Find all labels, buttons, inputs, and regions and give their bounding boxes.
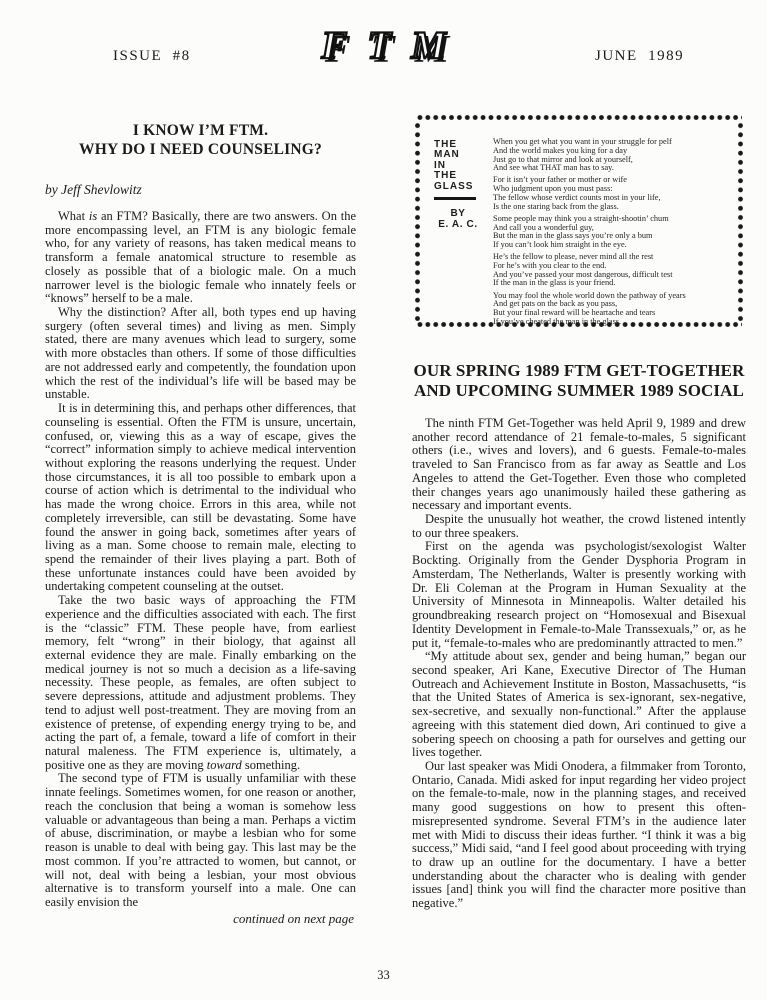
left-article-body: What is an FTM? Basically, there are two…	[45, 210, 356, 910]
dotted-border-top	[416, 114, 742, 121]
right-article-title-line2: AND UPCOMING SUMMER 1989 SOCIAL	[412, 381, 746, 401]
poem-stanza: When you get what you want in your strug…	[493, 138, 734, 173]
poem-stanza: Some people may think you a straight-sho…	[493, 215, 734, 250]
dotted-border-right	[737, 121, 744, 321]
dotted-border-left	[414, 121, 421, 321]
right-article-title: OUR SPRING 1989 FTM GET-TOGETHER AND UPC…	[412, 361, 746, 401]
right-article-body: The ninth FTM Get-Together was held Apri…	[412, 417, 746, 911]
left-article-paragraph: The second type of FTM is usually unfami…	[45, 772, 356, 909]
poem-stanzas: When you get what you want in your strug…	[493, 133, 734, 320]
left-article-title-line1: I KNOW I’M FTM.	[45, 121, 356, 140]
right-article-title-line1: OUR SPRING 1989 FTM GET-TOGETHER	[412, 361, 746, 381]
poem-by-label: BY	[434, 208, 482, 219]
date-label: JUNE 1989	[595, 48, 684, 65]
logo-letter-t: T	[367, 24, 391, 68]
poem-box: THEMANINTHEGLASS BY E. A. C. When you ge…	[412, 112, 746, 330]
page-number: 33	[0, 968, 767, 983]
right-article-paragraph: Our last speaker was Midi Onodera, a fil…	[412, 760, 746, 911]
right-article-paragraph: Despite the unusually hot weather, the c…	[412, 513, 746, 540]
left-article-paragraph: It is in determining this, and perhaps o…	[45, 402, 356, 594]
left-article-title-line2: WHY DO I NEED COUNSELING?	[45, 140, 356, 159]
right-article-paragraph: First on the agenda was psychologist/sex…	[412, 540, 746, 650]
newsletter-page-scan: ISSUE #8 FTM JUNE 1989 I KNOW I’M FTM. W…	[0, 0, 767, 1000]
left-article-paragraph: Take the two basic ways of approaching t…	[45, 594, 356, 772]
left-article-paragraph: Why the distinction? After all, both typ…	[45, 306, 356, 402]
right-article-paragraph: The ninth FTM Get-Together was held Apri…	[412, 417, 746, 513]
left-article-title: I KNOW I’M FTM. WHY DO I NEED COUNSELING…	[45, 121, 356, 159]
poem-author: E. A. C.	[434, 219, 482, 230]
poem-sidebar-title: THEMANINTHEGLASS	[434, 140, 493, 192]
dotted-border-bottom	[416, 321, 742, 328]
poem-stanza: For it isn’t your father or mother or wi…	[493, 176, 734, 211]
logo-letter-f: F	[321, 24, 347, 68]
poem-sidebar: THEMANINTHEGLASS BY E. A. C.	[427, 133, 493, 320]
left-article-byline: by Jeff Shevlowitz	[45, 182, 356, 198]
poem-sidebar-word: GLASS	[434, 182, 493, 192]
left-article-paragraph: What is an FTM? Basically, there are two…	[45, 210, 356, 306]
continued-note: continued on next page	[45, 911, 356, 927]
poem-sidebar-rule	[434, 197, 476, 200]
right-article-paragraph: “My attitude about sex, gender and being…	[412, 650, 746, 760]
poem-stanza: He’s the fellow to please, never mind al…	[493, 253, 734, 288]
logo-letter-m: M	[411, 24, 446, 68]
right-column: THEMANINTHEGLASS BY E. A. C. When you ge…	[412, 112, 746, 911]
left-article: I KNOW I’M FTM. WHY DO I NEED COUNSELING…	[45, 121, 356, 927]
